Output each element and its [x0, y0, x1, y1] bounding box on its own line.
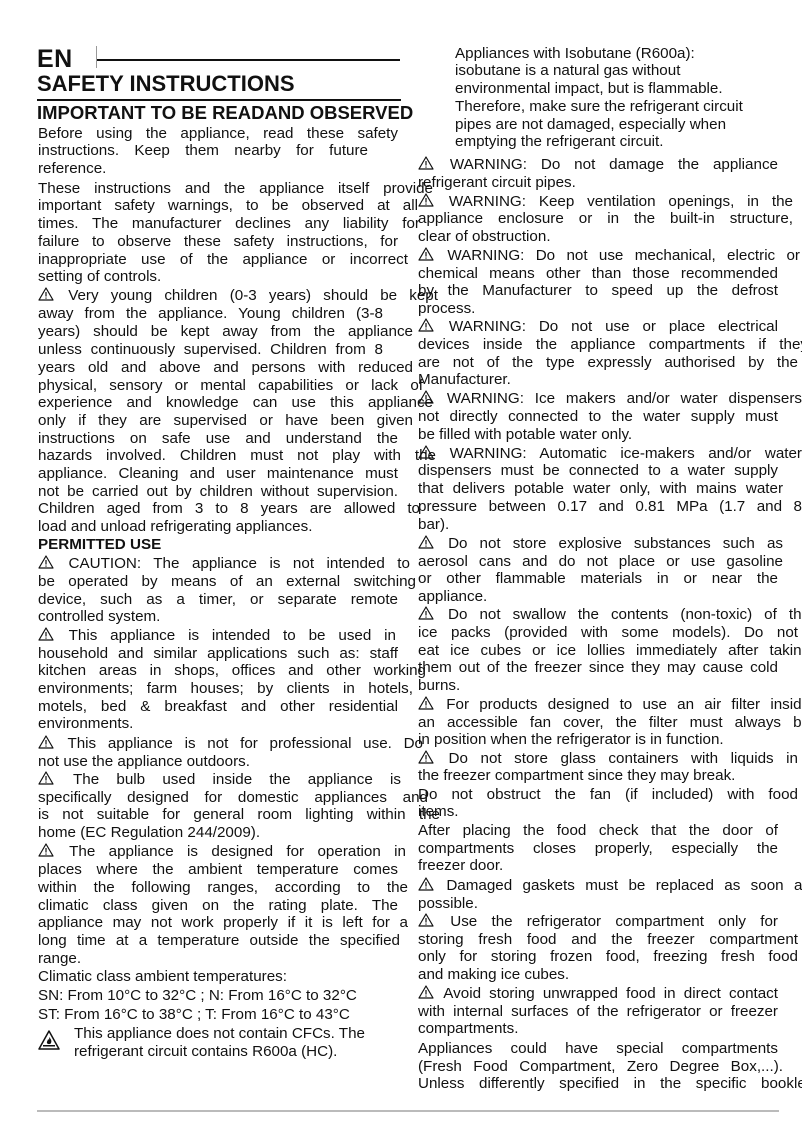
text-line: unless continuously supervised. Children…: [38, 341, 383, 358]
text-line-content: freezer door.: [418, 857, 503, 874]
text-line: Damaged gaskets must be replaced as soon…: [418, 877, 802, 894]
text-line-content: pressure between 0.17 and 0.81 MPa (1.7 …: [418, 498, 802, 515]
text-line: clear of obstruction.: [418, 228, 551, 245]
text-line: by the Manufacturer to speed up the defr…: [418, 282, 778, 299]
text-line-content: dispensers must be connected to a water …: [418, 462, 778, 479]
text-line-content: away from the appliance. Young children …: [38, 305, 383, 322]
text-line-content: with internal surfaces of the refrigerat…: [418, 1003, 778, 1020]
text-line: the freezer compartment since they may b…: [418, 767, 735, 784]
text-line-content: pipes are not damaged, especially when: [455, 116, 726, 133]
text-line-content: appliance. Cleaning and user maintenance…: [38, 465, 398, 482]
page-title: SAFETY INSTRUCTIONS: [37, 70, 295, 98]
text-line-content: process.: [418, 300, 475, 317]
text-line-content: places where the ambient temperature com…: [38, 861, 398, 878]
text-line: This appliance is not for professional u…: [38, 735, 423, 752]
text-line-content: items.: [418, 803, 459, 820]
text-line-content: Appliances with Isobutane (R600a):: [455, 45, 695, 62]
text-line: is not suitable for general room lightin…: [38, 806, 440, 823]
text-line-content: PERMITTED USE: [38, 536, 161, 553]
warning-triangle-icon: [418, 390, 434, 404]
text-line: climatic class given on the rating plate…: [38, 897, 398, 914]
text-line-content: Climatic class ambient temperatures:: [38, 968, 287, 985]
text-line: are not of the type expressly authorised…: [418, 354, 798, 371]
text-line-content: environments.: [38, 715, 133, 732]
warning-triangle-icon: [418, 877, 434, 891]
text-line-content: or other flammable materials in or near …: [418, 570, 778, 587]
text-line: possible.: [418, 895, 478, 912]
section-heading: IMPORTANT TO BE READAND OBSERVED: [37, 101, 413, 125]
text-line-content: failure to observe these safety instruct…: [38, 233, 398, 250]
text-line: environments.: [38, 715, 133, 732]
text-line: range.: [38, 950, 81, 967]
text-line-content: compartments.: [418, 1020, 518, 1037]
text-line-content: and making ice cubes.: [418, 966, 569, 983]
text-line: WARNING: Automatic ice-makers and/or wat…: [418, 445, 802, 462]
text-line-content: After placing the food check that the do…: [418, 822, 778, 839]
text-line: WARNING: Do not use mechanical, electric…: [418, 247, 800, 264]
text-line: instructions on safe use and understand …: [38, 430, 398, 447]
text-line: After placing the food check that the do…: [418, 822, 778, 839]
text-line-content: appliance.: [418, 588, 487, 605]
text-line: The bulb used inside the appliance is: [38, 771, 401, 788]
text-line-content: specifically designed for domestic appli…: [38, 789, 428, 806]
text-line-content: only for storing frozen food, freezing f…: [418, 948, 798, 965]
text-line: The appliance is designed for operation …: [38, 843, 406, 860]
warning-triangle-icon: [38, 735, 54, 749]
text-line-content: isobutane is a natural gas without: [455, 62, 680, 79]
warning-triangle-icon: [418, 193, 434, 207]
text-line-content: ice packs (provided with some models). D…: [418, 624, 798, 641]
text-line: that delivers potable water only, with m…: [418, 480, 783, 497]
text-line: For products designed to use an air filt…: [418, 696, 802, 713]
text-line: ice packs (provided with some models). D…: [418, 624, 798, 641]
text-line: Climatic class ambient temperatures:: [38, 968, 287, 985]
text-line: bar).: [418, 516, 449, 533]
text-line-content: hazards involved. Children must not play…: [38, 447, 436, 464]
text-line: chemical means other than those recommen…: [418, 265, 778, 282]
text-line: load and unload refrigerating appliances…: [38, 518, 312, 535]
text-line-content: climatic class given on the rating plate…: [38, 897, 398, 914]
text-line-content: motels, bed & breakfast and other reside…: [38, 698, 398, 715]
text-line: pressure between 0.17 and 0.81 MPa (1.7 …: [418, 498, 802, 515]
text-line: only if they are supervised or have been…: [38, 412, 413, 429]
text-line: within the following ranges, according t…: [38, 879, 408, 896]
text-line-content: burns.: [418, 677, 460, 694]
text-line: Do not store glass containers with liqui…: [418, 750, 798, 767]
text-line: be operated by means of an external swit…: [38, 573, 416, 590]
footer-rule: [37, 1110, 779, 1112]
text-line-content: not directly connected to the water supp…: [418, 408, 778, 425]
text-line-content: This appliance is intended to be used in: [69, 627, 396, 644]
text-line-content: Appliances could have special compartmen…: [418, 1040, 778, 1057]
text-line: This appliance is intended to be used in: [38, 627, 396, 644]
text-line-content: within the following ranges, according t…: [38, 879, 408, 896]
text-line-content: compartments closes properly, especially…: [418, 840, 778, 857]
text-line-content: by the Manufacturer to speed up the defr…: [418, 282, 778, 299]
text-line-content: The bulb used inside the appliance is: [73, 771, 401, 788]
text-line: appliance enclosure or in the built-in s…: [418, 210, 793, 227]
text-line: hazards involved. Children must not play…: [38, 447, 436, 464]
text-line-content: in position when the refrigerator is in …: [418, 731, 724, 748]
text-line: home (EC Regulation 244/2009).: [38, 824, 260, 841]
text-line-content: WARNING: Do not use mechanical, electric…: [447, 247, 800, 264]
warning-triangle-icon: [418, 535, 434, 549]
warning-triangle-icon: [38, 771, 54, 785]
text-line: Manufacturer.: [418, 371, 511, 388]
text-line: pipes are not damaged, especially when: [455, 116, 726, 133]
text-line-content: This appliance does not contain CFCs. Th…: [74, 1025, 365, 1042]
text-line-content: Manufacturer.: [418, 371, 511, 388]
warning-triangle-icon: [38, 843, 54, 857]
warning-triangle-icon: [418, 247, 434, 261]
text-line: This appliance does not contain CFCs. Th…: [74, 1025, 365, 1042]
text-line-content: unless continuously supervised. Children…: [38, 341, 383, 358]
text-line: appliance. Cleaning and user maintenance…: [38, 465, 398, 482]
text-line: not be carried out by children without s…: [38, 483, 398, 500]
text-line: Do not store explosive substances such a…: [418, 535, 783, 552]
text-line: compartments closes properly, especially…: [418, 840, 778, 857]
text-line-content: inappropriate use of the appliance or in…: [38, 251, 408, 268]
text-line: device, such as a timer, or separate rem…: [38, 591, 398, 608]
text-line: inappropriate use of the appliance or in…: [38, 251, 408, 268]
text-line: items.: [418, 803, 459, 820]
warning-triangle-icon: [418, 606, 434, 620]
text-line: eat ice cubes or ice lollies immediately…: [418, 642, 802, 659]
text-line-content: storing fresh food and the freezer compa…: [418, 931, 798, 948]
text-line-content: them out of the freezer since they may c…: [418, 659, 778, 676]
text-line: not directly connected to the water supp…: [418, 408, 778, 425]
text-line: kitchen areas in shops, offices and othe…: [38, 662, 426, 679]
text-line-content: Avoid storing unwrapped food in direct c…: [443, 985, 778, 1002]
text-line-content: bar).: [418, 516, 449, 533]
text-line-content: load and unload refrigerating appliances…: [38, 518, 312, 535]
text-line: dispensers must be connected to a water …: [418, 462, 778, 479]
text-line-content: that delivers potable water only, with m…: [418, 480, 783, 497]
text-line-content: physical, sensory or mental capabilities…: [38, 377, 423, 394]
text-line: experience and knowledge can use this ap…: [38, 394, 433, 411]
text-line-content: are not of the type expressly authorised…: [418, 354, 798, 371]
text-line: reference.: [38, 160, 106, 177]
text-line: be filled with potable water only.: [418, 426, 632, 443]
text-line-content: ST: From 16°C to 38°C ; T: From 16°C to …: [38, 1006, 350, 1023]
text-line-content: aerosol cans and do not place or use gas…: [418, 553, 783, 570]
text-line: years old and above and persons with red…: [38, 359, 413, 376]
text-line-content: This appliance is not for professional u…: [67, 735, 423, 752]
warning-triangle-icon: [418, 156, 434, 170]
text-line-content: setting of controls.: [38, 268, 161, 285]
text-line: places where the ambient temperature com…: [38, 861, 398, 878]
text-line: Use the refrigerator compartment only fo…: [418, 913, 778, 930]
text-line-content: Do not swallow the contents (non-toxic) …: [448, 606, 802, 623]
warning-triangle-icon: [418, 985, 434, 999]
text-line-content: not use the appliance outdoors.: [38, 753, 250, 770]
text-line: appliance.: [418, 588, 487, 605]
text-line-content: (Fresh Food Compartment, Zero Degree Box…: [418, 1058, 783, 1075]
text-line-content: be operated by means of an external swit…: [38, 573, 416, 590]
text-line: in position when the refrigerator is in …: [418, 731, 724, 748]
text-line-content: WARNING: Ice makers and/or water dispens…: [447, 390, 802, 407]
text-line-content: long time at a temperature outside the s…: [38, 932, 400, 949]
text-line-content: refrigerant circuit pipes.: [418, 174, 576, 191]
text-line-content: important safety warnings, to be observe…: [38, 197, 418, 214]
text-line: WARNING: Do not use or place electrical: [418, 318, 778, 335]
text-line-content: WARNING: Automatic ice-makers and/or wat…: [450, 445, 802, 462]
text-line: isobutane is a natural gas without: [455, 62, 680, 79]
text-line: aerosol cans and do not place or use gas…: [418, 553, 783, 570]
text-line-content: These instructions and the appliance its…: [38, 180, 433, 197]
text-line-content: Do not store explosive substances such a…: [448, 535, 783, 552]
text-line: or other flammable materials in or near …: [418, 570, 778, 587]
text-line-content: instructions. Keep them nearby for futur…: [38, 142, 368, 159]
text-line-content: SN: From 10°C to 32°C ; N: From 16°C to …: [38, 987, 357, 1004]
text-line-content: eat ice cubes or ice lollies immediately…: [418, 642, 802, 659]
text-line-content: be filled with potable water only.: [418, 426, 632, 443]
text-line: Do not swallow the contents (non-toxic) …: [418, 606, 802, 623]
text-line-content: Do not obstruct the fan (if included) wi…: [418, 786, 798, 803]
text-line-content: reference.: [38, 160, 106, 177]
text-line: process.: [418, 300, 475, 317]
text-line-content: household and similar applications such …: [38, 645, 398, 662]
header-rule: [97, 59, 400, 61]
text-line-content: appliance may not work properly if it is…: [38, 914, 408, 931]
text-line-content: The appliance is designed for operation …: [69, 843, 406, 860]
text-line-content: device, such as a timer, or separate rem…: [38, 591, 398, 608]
text-line-content: WARNING: Do not use or place electrical: [449, 318, 778, 335]
text-line: an accessible fan cover, the filter must…: [418, 714, 802, 731]
text-line: CAUTION: The appliance is not intended t…: [38, 555, 410, 572]
text-line: physical, sensory or mental capabilities…: [38, 377, 423, 394]
text-line: environments; farm houses; by clients in…: [38, 680, 413, 697]
text-line-content: Use the refrigerator compartment only fo…: [450, 913, 778, 930]
text-line-content: refrigerant circuit contains R600a (HC).: [74, 1043, 337, 1060]
text-line: emptying the refrigerant circuit.: [455, 133, 664, 150]
text-line-content: not be carried out by children without s…: [38, 483, 398, 500]
text-line: compartments.: [418, 1020, 518, 1037]
text-line: instructions. Keep them nearby for futur…: [38, 142, 368, 159]
text-line: motels, bed & breakfast and other reside…: [38, 698, 398, 715]
section-subheading: PERMITTED USE: [38, 536, 161, 553]
text-line: Unless differently specified in the spec…: [418, 1075, 802, 1092]
text-line-content: Children aged from 3 to 8 years are allo…: [38, 500, 420, 517]
warning-triangle-icon: [418, 750, 434, 764]
text-line: ST: From 16°C to 38°C ; T: From 16°C to …: [38, 1006, 350, 1023]
text-line: WARNING: Keep ventilation openings, in t…: [418, 193, 793, 210]
text-line-content: Damaged gaskets must be replaced as soon…: [446, 877, 802, 894]
text-line-content: WARNING: Keep ventilation openings, in t…: [449, 193, 793, 210]
text-line: refrigerant circuit pipes.: [418, 174, 576, 191]
text-line-content: experience and knowledge can use this ap…: [38, 394, 433, 411]
text-line: Appliances could have special compartmen…: [418, 1040, 778, 1057]
text-line: long time at a temperature outside the s…: [38, 932, 400, 949]
text-line: and making ice cubes.: [418, 966, 569, 983]
text-line: only for storing frozen food, freezing f…: [418, 948, 798, 965]
text-line-content: is not suitable for general room lightin…: [38, 806, 440, 823]
text-line: SN: From 10°C to 32°C ; N: From 16°C to …: [38, 987, 357, 1004]
warning-triangle-icon: [418, 696, 434, 710]
text-line-content: instructions on safe use and understand …: [38, 430, 398, 447]
text-line-content: environments; farm houses; by clients in…: [38, 680, 413, 697]
text-line: Do not obstruct the fan (if included) wi…: [418, 786, 798, 803]
text-line-content: Unless differently specified in the spec…: [418, 1075, 802, 1092]
text-line-content: controlled system.: [38, 608, 160, 625]
text-line-content: range.: [38, 950, 81, 967]
text-line: Appliances with Isobutane (R600a):: [455, 45, 695, 62]
text-line: devices inside the appliance compartment…: [418, 336, 802, 353]
text-line: important safety warnings, to be observe…: [38, 197, 418, 214]
text-line-content: Before using the appliance, read these s…: [38, 125, 398, 142]
text-line: burns.: [418, 677, 460, 694]
text-line: them out of the freezer since they may c…: [418, 659, 778, 676]
text-line: refrigerant circuit contains R600a (HC).: [74, 1043, 337, 1060]
text-line: not use the appliance outdoors.: [38, 753, 250, 770]
text-line: environmental impact, but is flammable.: [455, 80, 723, 97]
language-divider: [96, 46, 97, 68]
text-line-content: clear of obstruction.: [418, 228, 551, 245]
text-line: failure to observe these safety instruct…: [38, 233, 398, 250]
text-line: Therefore, make sure the refrigerant cir…: [455, 98, 743, 115]
flammable-gas-icon: [38, 1030, 60, 1050]
text-line: WARNING: Ice makers and/or water dispens…: [418, 390, 802, 407]
text-line-content: Do not store glass containers with liqui…: [449, 750, 798, 767]
text-line-content: an accessible fan cover, the filter must…: [418, 714, 802, 731]
text-line-content: only if they are supervised or have been…: [38, 412, 413, 429]
text-line-content: CAUTION: The appliance is not intended t…: [69, 555, 410, 572]
text-line: years) should be kept away from the appl…: [38, 323, 413, 340]
warning-triangle-icon: [38, 627, 54, 641]
text-line-content: WARNING: Do not damage the appliance: [450, 156, 778, 173]
text-line-content: possible.: [418, 895, 478, 912]
text-line-content: chemical means other than those recommen…: [418, 265, 778, 282]
warning-triangle-icon: [418, 318, 434, 332]
text-line: storing fresh food and the freezer compa…: [418, 931, 798, 948]
text-line: specifically designed for domestic appli…: [38, 789, 428, 806]
text-line: setting of controls.: [38, 268, 161, 285]
text-line: away from the appliance. Young children …: [38, 305, 383, 322]
text-line: Very young children (0-3 years) should b…: [38, 287, 438, 304]
text-line-content: years) should be kept away from the appl…: [38, 323, 413, 340]
text-line: freezer door.: [418, 857, 503, 874]
text-line: (Fresh Food Compartment, Zero Degree Box…: [418, 1058, 783, 1075]
text-line-content: appliance enclosure or in the built-in s…: [418, 210, 793, 227]
text-line-content: home (EC Regulation 244/2009).: [38, 824, 260, 841]
document-page: EN SAFETY INSTRUCTIONS IMPORTANT TO BE R…: [0, 0, 802, 1134]
text-line: controlled system.: [38, 608, 160, 625]
text-line-content: environmental impact, but is flammable.: [455, 80, 723, 97]
text-line-content: emptying the refrigerant circuit.: [455, 133, 664, 150]
text-line: with internal surfaces of the refrigerat…: [418, 1003, 778, 1020]
text-line: Children aged from 3 to 8 years are allo…: [38, 500, 420, 517]
text-line: These instructions and the appliance its…: [38, 180, 433, 197]
text-line: times. The manufacturer declines any lia…: [38, 215, 420, 232]
text-line: household and similar applications such …: [38, 645, 398, 662]
text-line: Before using the appliance, read these s…: [38, 125, 398, 142]
warning-triangle-icon: [38, 555, 54, 569]
text-line-content: Therefore, make sure the refrigerant cir…: [455, 98, 743, 115]
text-line-content: times. The manufacturer declines any lia…: [38, 215, 420, 232]
warning-triangle-icon: [38, 287, 54, 301]
text-line: appliance may not work properly if it is…: [38, 914, 408, 931]
text-line-content: the freezer compartment since they may b…: [418, 767, 735, 784]
text-line-content: years old and above and persons with red…: [38, 359, 413, 376]
warning-triangle-icon: [418, 913, 434, 927]
text-line-content: Very young children (0-3 years) should b…: [68, 287, 438, 304]
warning-triangle-icon: [418, 445, 434, 459]
text-line: WARNING: Do not damage the appliance: [418, 156, 778, 173]
text-line-content: devices inside the appliance compartment…: [418, 336, 802, 353]
text-line-content: kitchen areas in shops, offices and othe…: [38, 662, 426, 679]
text-line-content: For products designed to use an air filt…: [446, 696, 802, 713]
text-line: Avoid storing unwrapped food in direct c…: [418, 985, 778, 1002]
